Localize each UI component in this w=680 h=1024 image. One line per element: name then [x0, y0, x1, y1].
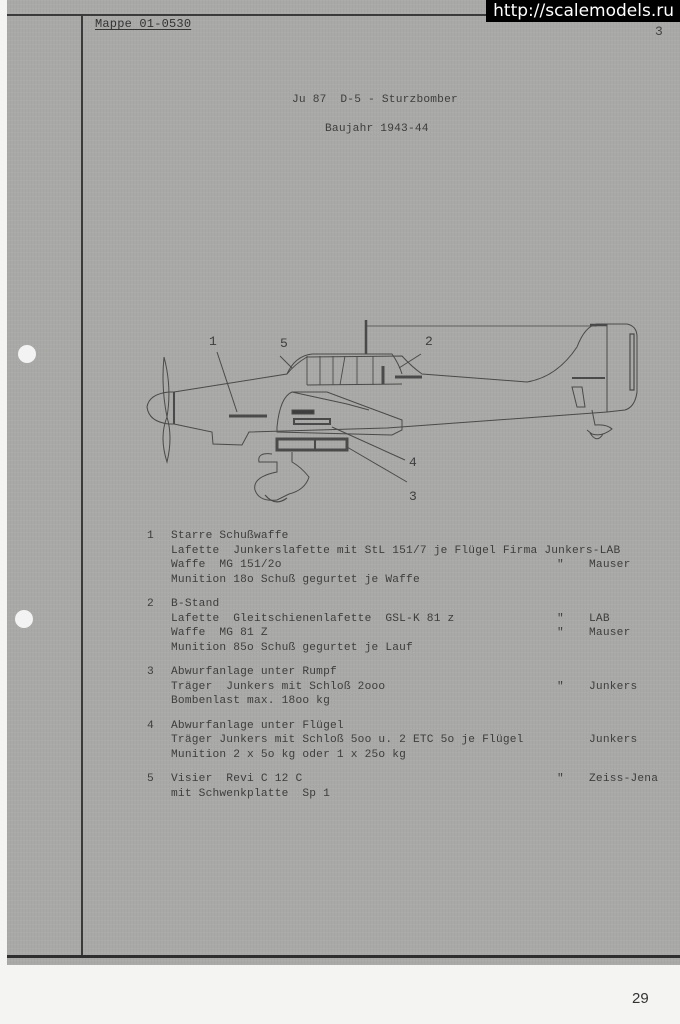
aircraft-side-view-drawing: 1 5 2 4 3: [137, 312, 657, 512]
punch-hole-top: [18, 345, 36, 363]
item-line-text: Lafette Junkerslafette mit StL 151/7 je …: [171, 545, 620, 557]
left-margin-rule: [81, 14, 83, 956]
manufacturer: LAB: [589, 613, 610, 625]
armament-item: 5Visier Revi C 12 C"Zeiss-Jena mit Schwe…: [147, 773, 680, 802]
item-number: 1: [147, 530, 154, 542]
item-line-text: Träger Junkers mit Schloß 2ooo: [171, 681, 385, 693]
punch-hole-bottom: [15, 610, 33, 628]
armament-item: 2B-Stand Lafette Gleitschienenlafette GS…: [147, 598, 680, 656]
callout-1: 1: [209, 334, 217, 349]
item-line-text: Waffe MG 151/2o: [171, 559, 282, 571]
item-number: 5: [147, 773, 154, 785]
ditto-mark: ": [557, 627, 564, 639]
watermark-link[interactable]: http://scalemodels.ru: [486, 0, 680, 22]
propeller-blade-icon: [163, 357, 169, 417]
ditto-mark: ": [557, 681, 564, 693]
item-line-text: Starre Schußwaffe: [171, 530, 289, 542]
item-line-text: Waffe MG 81 Z: [171, 627, 268, 639]
item-line-text: Abwurfanlage unter Rumpf: [171, 666, 337, 678]
item-number: 2: [147, 598, 154, 610]
document-title: Ju 87 D-5 - Sturzbomber: [292, 94, 458, 106]
callout-3: 3: [409, 489, 417, 504]
item-line-text: Bombenlast max. 18oo kg: [171, 695, 330, 707]
armament-item: 4Abwurfanlage unter Flügel Träger Junker…: [147, 720, 680, 764]
armament-item: 1Starre Schußwaffe Lafette Junkerslafett…: [147, 530, 680, 588]
item-line-text: Lafette Gleitschienenlafette GSL-K 81 z: [171, 613, 454, 625]
manufacturer: Junkers: [589, 681, 637, 693]
ditto-mark: ": [557, 773, 564, 785]
item-line-text: Träger Junkers mit Schloß 5oo u. 2 ETC 5…: [171, 734, 524, 746]
manufacturer: Mauser: [589, 559, 630, 571]
item-line-text: Munition 18o Schuß gegurtet je Waffe: [171, 574, 420, 586]
manufacturer: Junkers: [589, 734, 637, 746]
callout-4: 4: [409, 455, 417, 470]
item-line-text: Visier Revi C 12 C: [171, 773, 302, 785]
item-line-text: Munition 85o Schuß gegurtet je Lauf: [171, 642, 413, 654]
sheet-number: 3: [655, 24, 663, 39]
callout-2: 2: [425, 334, 433, 349]
manufacturer: Zeiss-Jena: [589, 773, 658, 785]
folder-reference: Mappe 01-0530: [95, 17, 191, 31]
item-number: 4: [147, 720, 154, 732]
item-line-text: Abwurfanlage unter Flügel: [171, 720, 344, 732]
page-number: 29: [632, 990, 649, 1007]
item-line-text: B-Stand: [171, 598, 219, 610]
callout-5: 5: [280, 336, 288, 351]
document-subtitle: Baujahr 1943-44: [325, 123, 429, 135]
scanned-document-sheet: Mappe 01-0530 3 Ju 87 D-5 - Sturzbomber …: [7, 0, 680, 965]
item-line-text: Munition 2 x 5o kg oder 1 x 25o kg: [171, 749, 406, 761]
item-line-text: mit Schwenkplatte Sp 1: [171, 788, 330, 800]
ditto-mark: ": [557, 613, 564, 625]
armament-list: 1Starre Schußwaffe Lafette Junkerslafett…: [147, 530, 680, 812]
item-number: 3: [147, 666, 154, 678]
ditto-mark: ": [557, 559, 564, 571]
armament-item: 3Abwurfanlage unter Rumpf Träger Junkers…: [147, 666, 680, 710]
bottom-border-rule: [7, 955, 680, 958]
manufacturer: Mauser: [589, 627, 630, 639]
